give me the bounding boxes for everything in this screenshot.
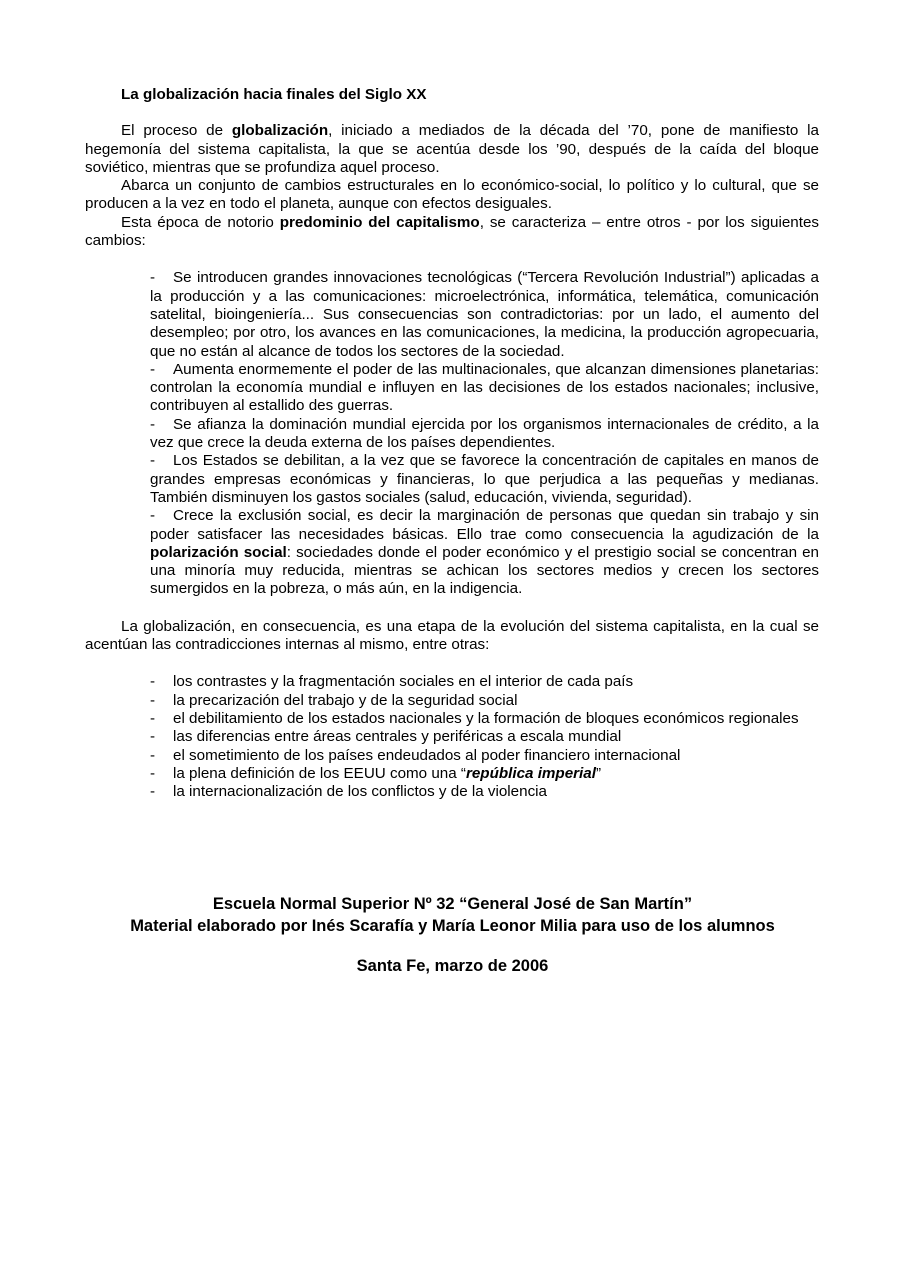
bullet-dash: - bbox=[150, 673, 173, 691]
bullet-item: -los contrastes y la fragmentación socia… bbox=[150, 673, 819, 691]
bullet-dash: - bbox=[150, 765, 173, 783]
bullet-text: la plena definición de los EEUU como una… bbox=[173, 765, 466, 782]
bullet-dash: - bbox=[150, 747, 173, 765]
bullet-dash: - bbox=[150, 452, 173, 470]
bold-term-globalizacion: globalización bbox=[232, 122, 328, 139]
bullet-item: -las diferencias entre áreas centrales y… bbox=[150, 728, 819, 746]
bullet-item: -Los Estados se debilitan, a la vez que … bbox=[150, 452, 819, 507]
bullet-dash: - bbox=[150, 728, 173, 746]
bold-term-polarizacion-social: polarización social bbox=[150, 544, 287, 561]
bullet-text: la precarización del trabajo y de la seg… bbox=[173, 692, 517, 709]
bullet-dash: - bbox=[150, 507, 173, 525]
bullet-text: el debilitamiento de los estados naciona… bbox=[173, 710, 799, 727]
bullet-text: Aumenta enormemente el poder de las mult… bbox=[150, 361, 819, 415]
document-title: La globalización hacia finales del Siglo… bbox=[85, 86, 819, 104]
bullet-item: -la precarización del trabajo y de la se… bbox=[150, 692, 819, 710]
bullet-item: -la internacionalización de los conflict… bbox=[150, 783, 819, 801]
bold-italic-term-republica-imperial: república imperial bbox=[466, 765, 596, 782]
bullet-text: Se afianza la dominación mundial ejercid… bbox=[150, 416, 819, 451]
paragraph-intro-1: El proceso de globalización, iniciado a … bbox=[85, 122, 819, 177]
paragraph-consequence: La globalización, en consecuencia, es un… bbox=[85, 618, 819, 655]
bullet-dash: - bbox=[150, 783, 173, 801]
bullet-text: Crece la exclusión social, es decir la m… bbox=[150, 507, 819, 542]
document-footer: Escuela Normal Superior Nº 32 “General J… bbox=[0, 893, 905, 977]
bullet-item: -Aumenta enormemente el poder de las mul… bbox=[150, 361, 819, 416]
bullet-text: la internacionalización de los conflicto… bbox=[173, 783, 547, 800]
paragraph-intro-2: Abarca un conjunto de cambios estructura… bbox=[85, 177, 819, 214]
bullet-text: Los Estados se debilitan, a la vez que s… bbox=[150, 452, 819, 506]
changes-bullet-list: -Se introducen grandes innovaciones tecn… bbox=[150, 269, 819, 598]
footer-school-line: Escuela Normal Superior Nº 32 “General J… bbox=[0, 893, 905, 915]
bullet-item: -la plena definición de los EEUU como un… bbox=[150, 765, 819, 783]
document-body: La globalización hacia finales del Siglo… bbox=[85, 86, 819, 801]
bullet-dash: - bbox=[150, 269, 173, 287]
paragraph-text: El proceso de bbox=[121, 122, 232, 139]
document-page: La globalización hacia finales del Siglo… bbox=[0, 0, 905, 1280]
bullet-item: -el debilitamiento de los estados nacion… bbox=[150, 710, 819, 728]
bullet-dash: - bbox=[150, 692, 173, 710]
bullet-item: -Se afianza la dominación mundial ejerci… bbox=[150, 416, 819, 453]
bullet-dash: - bbox=[150, 361, 173, 379]
bullet-text: Se introducen grandes innovaciones tecno… bbox=[150, 269, 819, 359]
bullet-text: el sometimiento de los países endeudados… bbox=[173, 747, 680, 764]
bullet-item: -Se introducen grandes innovaciones tecn… bbox=[150, 269, 819, 360]
footer-credits-line: Material elaborado por Inés Scarafía y M… bbox=[0, 915, 905, 937]
bullet-item: -Crece la exclusión social, es decir la … bbox=[150, 507, 819, 598]
bullet-text: las diferencias entre áreas centrales y … bbox=[173, 728, 621, 745]
bullet-dash: - bbox=[150, 416, 173, 434]
bullet-item: -el sometimiento de los países endeudado… bbox=[150, 747, 819, 765]
paragraph-text: Esta época de notorio bbox=[121, 214, 280, 231]
bullet-text: ” bbox=[596, 765, 601, 782]
footer-place-date-line: Santa Fe, marzo de 2006 bbox=[0, 955, 905, 977]
bullet-dash: - bbox=[150, 710, 173, 728]
contradictions-bullet-list: -los contrastes y la fragmentación socia… bbox=[150, 673, 819, 801]
paragraph-intro-3: Esta época de notorio predominio del cap… bbox=[85, 214, 819, 251]
bullet-text: los contrastes y la fragmentación social… bbox=[173, 673, 633, 690]
bold-term-predominio: predominio del capitalismo bbox=[280, 214, 480, 231]
